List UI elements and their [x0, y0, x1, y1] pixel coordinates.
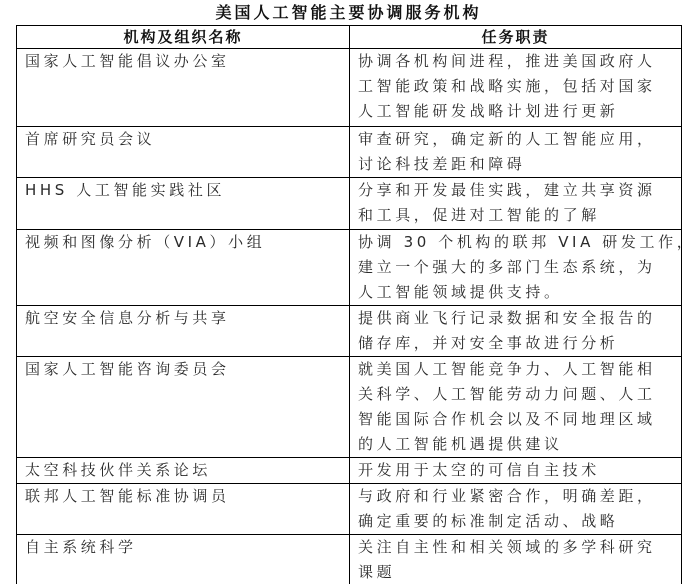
- duty-cell: 协调各机构间进程，推进美国政府人 工智能政策和战略实施，包括对国家 人工智能研发…: [350, 49, 682, 127]
- agency-name-cell: HHS 人工智能实践社区: [17, 178, 350, 230]
- agency-name-cell: 国家人工智能咨询委员会: [17, 357, 350, 458]
- duty-cell: 就美国人工智能竞争力、人工智能相 关科学、人工智能劳动力问题、人工 智能国际合作…: [350, 357, 682, 458]
- duty-cell: 关注自主性和相关领域的多学科研究 课题: [350, 535, 682, 584]
- agency-name-cell: 视频和图像分析（VIA）小组: [17, 230, 350, 306]
- table-row: 国家人工智能咨询委员会 就美国人工智能竞争力、人工智能相 关科学、人工智能劳动力…: [17, 357, 682, 458]
- duty-line: 建立一个强大的多部门生态系统，为: [358, 255, 681, 280]
- duty-line: 课题: [358, 560, 681, 584]
- table-row: 首席研究员会议 审查研究，确定新的人工智能应用， 讨论科技差距和障碍: [17, 127, 682, 178]
- duty-line: 就美国人工智能竞争力、人工智能相: [358, 357, 681, 382]
- agency-name-cell: 国家人工智能倡议办公室: [17, 49, 350, 127]
- duty-line: 提供商业飞行记录数据和安全报告的: [358, 306, 681, 331]
- duty-line: 关注自主性和相关领域的多学科研究: [358, 535, 681, 560]
- duty-line: 人工智能领域提供支持。: [358, 280, 681, 305]
- duty-cell: 协调 30 个机构的联邦 VIA 研发工作， 建立一个强大的多部门生态系统，为 …: [350, 230, 682, 306]
- table-row: 航空安全信息分析与共享 提供商业飞行记录数据和安全报告的 储存库，并对安全事故进…: [17, 306, 682, 357]
- duty-line: 协调 30 个机构的联邦 VIA 研发工作，: [358, 230, 681, 255]
- duty-line: 讨论科技差距和障碍: [358, 152, 681, 177]
- duty-line: 审查研究，确定新的人工智能应用，: [358, 127, 681, 152]
- header-agency-name: 机构及组织名称: [17, 26, 350, 49]
- duty-line: 人工智能研发战略计划进行更新: [358, 99, 681, 124]
- duty-cell: 提供商业飞行记录数据和安全报告的 储存库，并对安全事故进行分析: [350, 306, 682, 357]
- duty-line: 开发用于太空的可信自主技术: [358, 458, 681, 483]
- duty-line: 协调各机构间进程，推进美国政府人: [358, 49, 681, 74]
- duty-line: 与政府和行业紧密合作，明确差距，: [358, 484, 681, 509]
- table-row: 视频和图像分析（VIA）小组 协调 30 个机构的联邦 VIA 研发工作， 建立…: [17, 230, 682, 306]
- duty-cell: 开发用于太空的可信自主技术: [350, 458, 682, 484]
- agencies-table: 机构及组织名称 任务职责 国家人工智能倡议办公室 协调各机构间进程，推进美国政府…: [16, 25, 682, 584]
- duty-cell: 与政府和行业紧密合作，明确差距， 确定重要的标准制定活动、战略: [350, 484, 682, 535]
- duty-line: 智能国际合作机会以及不同地理区域: [358, 407, 681, 432]
- agency-name-cell: 航空安全信息分析与共享: [17, 306, 350, 357]
- duty-line: 关科学、人工智能劳动力问题、人工: [358, 382, 681, 407]
- header-duties: 任务职责: [350, 26, 682, 49]
- duty-line: 储存库，并对安全事故进行分析: [358, 331, 681, 356]
- duty-line: 的人工智能机遇提供建议: [358, 432, 681, 457]
- table-row: 太空科技伙伴关系论坛 开发用于太空的可信自主技术: [17, 458, 682, 484]
- table-header-row: 机构及组织名称 任务职责: [17, 26, 682, 49]
- agency-name-cell: 太空科技伙伴关系论坛: [17, 458, 350, 484]
- table-row: 联邦人工智能标准协调员 与政府和行业紧密合作，明确差距， 确定重要的标准制定活动…: [17, 484, 682, 535]
- duty-cell: 审查研究，确定新的人工智能应用， 讨论科技差距和障碍: [350, 127, 682, 178]
- table-title: 美国人工智能主要协调服务机构: [0, 0, 697, 25]
- table-row: HHS 人工智能实践社区 分享和开发最佳实践，建立共享资源 和工具，促进对工智能…: [17, 178, 682, 230]
- duty-line: 分享和开发最佳实践，建立共享资源: [358, 178, 681, 203]
- duty-line: 和工具，促进对工智能的了解: [358, 203, 681, 228]
- duty-line: 确定重要的标准制定活动、战略: [358, 509, 681, 534]
- agency-name-cell: 自主系统科学: [17, 535, 350, 584]
- duty-cell: 分享和开发最佳实践，建立共享资源 和工具，促进对工智能的了解: [350, 178, 682, 230]
- agency-name-cell: 首席研究员会议: [17, 127, 350, 178]
- table-row: 国家人工智能倡议办公室 协调各机构间进程，推进美国政府人 工智能政策和战略实施，…: [17, 49, 682, 127]
- table-row: 自主系统科学 关注自主性和相关领域的多学科研究 课题: [17, 535, 682, 584]
- agency-name-cell: 联邦人工智能标准协调员: [17, 484, 350, 535]
- duty-line: 工智能政策和战略实施，包括对国家: [358, 74, 681, 99]
